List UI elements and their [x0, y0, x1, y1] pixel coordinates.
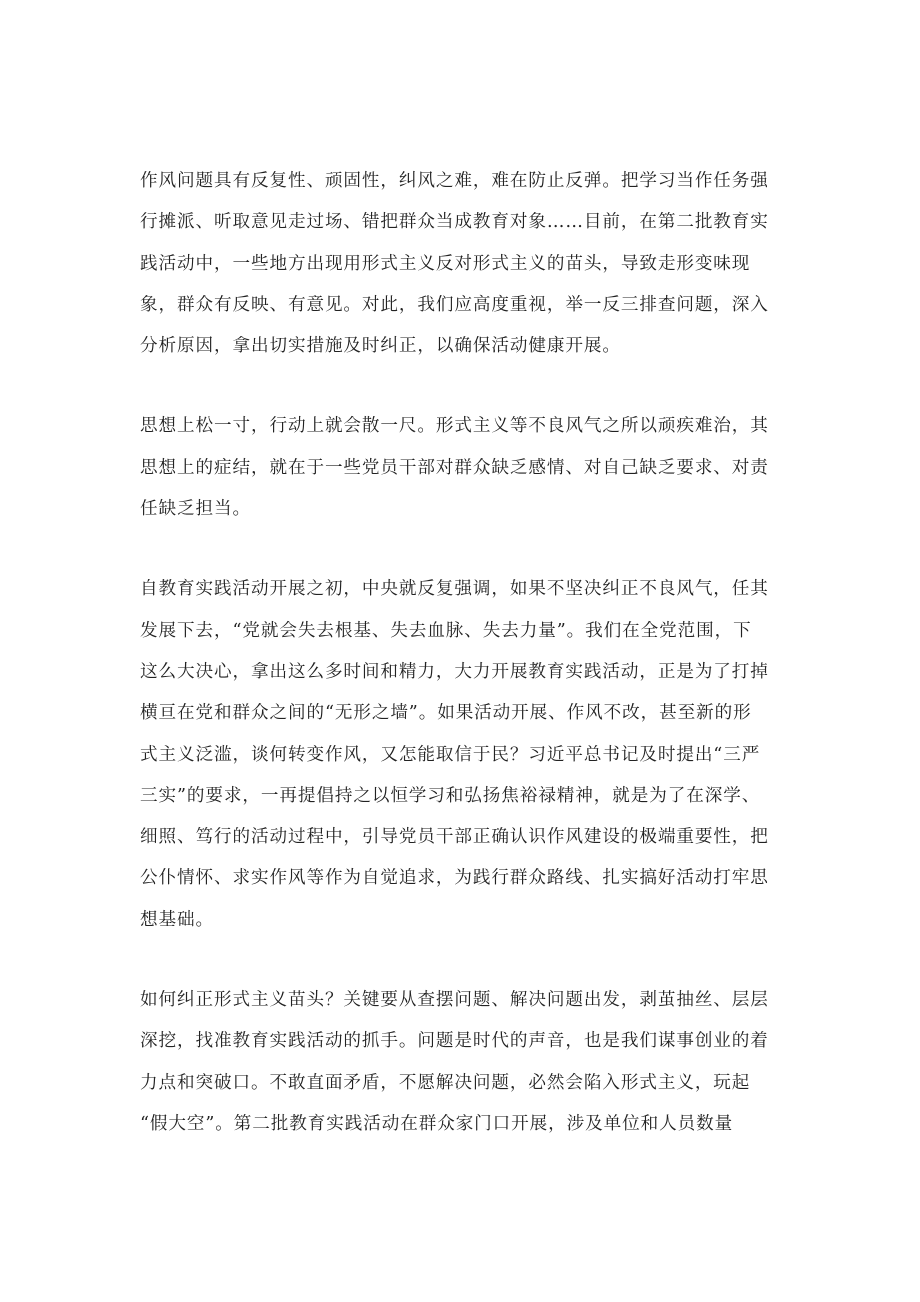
text-line: 发展下去，“党就会失去根基、失去血脉、失去力量”。我们在全党范围，下 — [140, 611, 772, 652]
text-line: 象，群众有反映、有意见。对此，我们应高度重视，举一反三排查问题，深入 — [140, 285, 772, 326]
text-line: 力点和突破口。不敢直面矛盾，不愿解决问题，必然会陷入形式主义，玩起 — [140, 1063, 772, 1104]
paragraph-4: 如何纠正形式主义苗头？关键要从查摆问题、解决问题出发，剥茧抽丝、层层 深挖，找准… — [140, 980, 772, 1145]
text-line: 作风问题具有反复性、顽固性，纠风之难，难在防止反弹。把学习当作任务强 — [140, 161, 772, 202]
paragraph-2: 思想上松一寸，行动上就会散一尺。形式主义等不良风气之所以顽疾难治，其 思想上的症… — [140, 406, 772, 530]
text-line: 式主义泛滥，谈何转变作风，又怎能取信于民？习近平总书记及时提出“三严 — [140, 735, 772, 776]
text-line: 公仆情怀、求实作风等作为自觉追求，为践行群众路线、扎实搞好活动打牢思 — [140, 858, 772, 899]
text-line: 深挖，找准教育实践活动的抓手。问题是时代的声音，也是我们谋事创业的着 — [140, 1021, 772, 1062]
text-line: 这么大决心，拿出这么多时间和精力，大力开展教育实践活动，正是为了打掉 — [140, 652, 772, 693]
paragraph-1: 作风问题具有反复性、顽固性，纠风之难，难在防止反弹。把学习当作任务强 行摊派、听… — [140, 161, 772, 367]
text-line: 三实”的要求，一再提倡持之以恒学习和弘扬焦裕禄精神，就是为了在深学、 — [140, 776, 772, 817]
text-line: “假大空”。第二批教育实践活动在群众家门口开展，涉及单位和人员数量 — [140, 1104, 772, 1145]
text-line: 横亘在党和群众之间的“无形之墙”。如果活动开展、作风不改，甚至新的形 — [140, 693, 772, 734]
text-line: 行摊派、听取意见走过场、错把群众当成教育对象……目前，在第二批教育实 — [140, 202, 772, 243]
text-line: 自教育实践活动开展之初，中央就反复强调，如果不坚决纠正不良风气，任其 — [140, 569, 772, 610]
text-line: 任缺乏担当。 — [140, 489, 772, 530]
paragraph-3: 自教育实践活动开展之初，中央就反复强调，如果不坚决纠正不良风气，任其 发展下去，… — [140, 569, 772, 941]
text-line: 如何纠正形式主义苗头？关键要从查摆问题、解决问题出发，剥茧抽丝、层层 — [140, 980, 772, 1021]
text-line: 想基础。 — [140, 900, 772, 941]
document-page: 作风问题具有反复性、顽固性，纠风之难，难在防止反弹。把学习当作任务强 行摊派、听… — [140, 161, 772, 1184]
text-line: 思想上松一寸，行动上就会散一尺。形式主义等不良风气之所以顽疾难治，其 — [140, 406, 772, 447]
text-line: 分析原因，拿出切实措施及时纠正，以确保活动健康开展。 — [140, 326, 772, 367]
text-line: 践活动中，一些地方出现用形式主义反对形式主义的苗头，导致走形变味现 — [140, 244, 772, 285]
text-line: 细照、笃行的活动过程中，引导党员干部正确认识作风建设的极端重要性，把 — [140, 817, 772, 858]
text-line: 思想上的症结，就在于一些党员干部对群众缺乏感情、对自己缺乏要求、对责 — [140, 448, 772, 489]
